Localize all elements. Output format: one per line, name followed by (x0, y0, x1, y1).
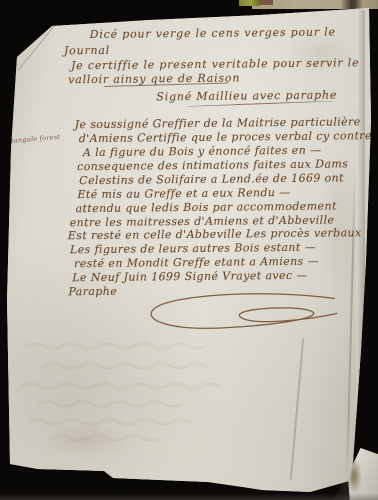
manuscript-line: Est resté en celle d'Abbeville Les procè… (68, 226, 362, 242)
manuscript-line: Paraphe (68, 285, 117, 299)
green-chip (239, 0, 259, 6)
manuscript-line: d'Amiens Certiffie que le proces verbal … (79, 129, 372, 145)
manuscript-line: Je certiffie le present veritable pour s… (71, 56, 359, 72)
manuscript-line: Dicé pour verge le cens verges pour le (90, 25, 336, 41)
manuscript-line: Celestins de Solifaire a Lend.ée de 1669… (79, 171, 344, 187)
manuscript-photo: rectangule forest Dicé pour verge le cen… (0, 0, 378, 500)
manuscript-line: Le Neuf Juin 1699 Signé Vrayet avec — (72, 269, 308, 284)
red-chip (259, 0, 273, 5)
manuscript-line: Journal (64, 44, 110, 57)
paper-sheet: rectangule forest Dicé pour verge le cen… (0, 0, 378, 500)
table-edge (0, 493, 378, 500)
manuscript-line: Eté mis au Greffe et a eux Rendu — (77, 186, 290, 201)
margin-note: rectangule forest (0, 131, 78, 145)
manuscript-line: resté en Mondit Greffe etant a Amiens — (74, 255, 319, 271)
manuscript-line: Les figures de leurs autres Bois estant … (70, 241, 316, 257)
manuscript-line: A la figure du Bois y énoncé faites en — (83, 144, 322, 159)
signature-flourish (138, 288, 343, 336)
handwriting-layer: rectangule forest Dicé pour verge le cen… (0, 0, 378, 500)
manuscript-line: attendu que ledis Bois par accommodement (75, 199, 336, 215)
